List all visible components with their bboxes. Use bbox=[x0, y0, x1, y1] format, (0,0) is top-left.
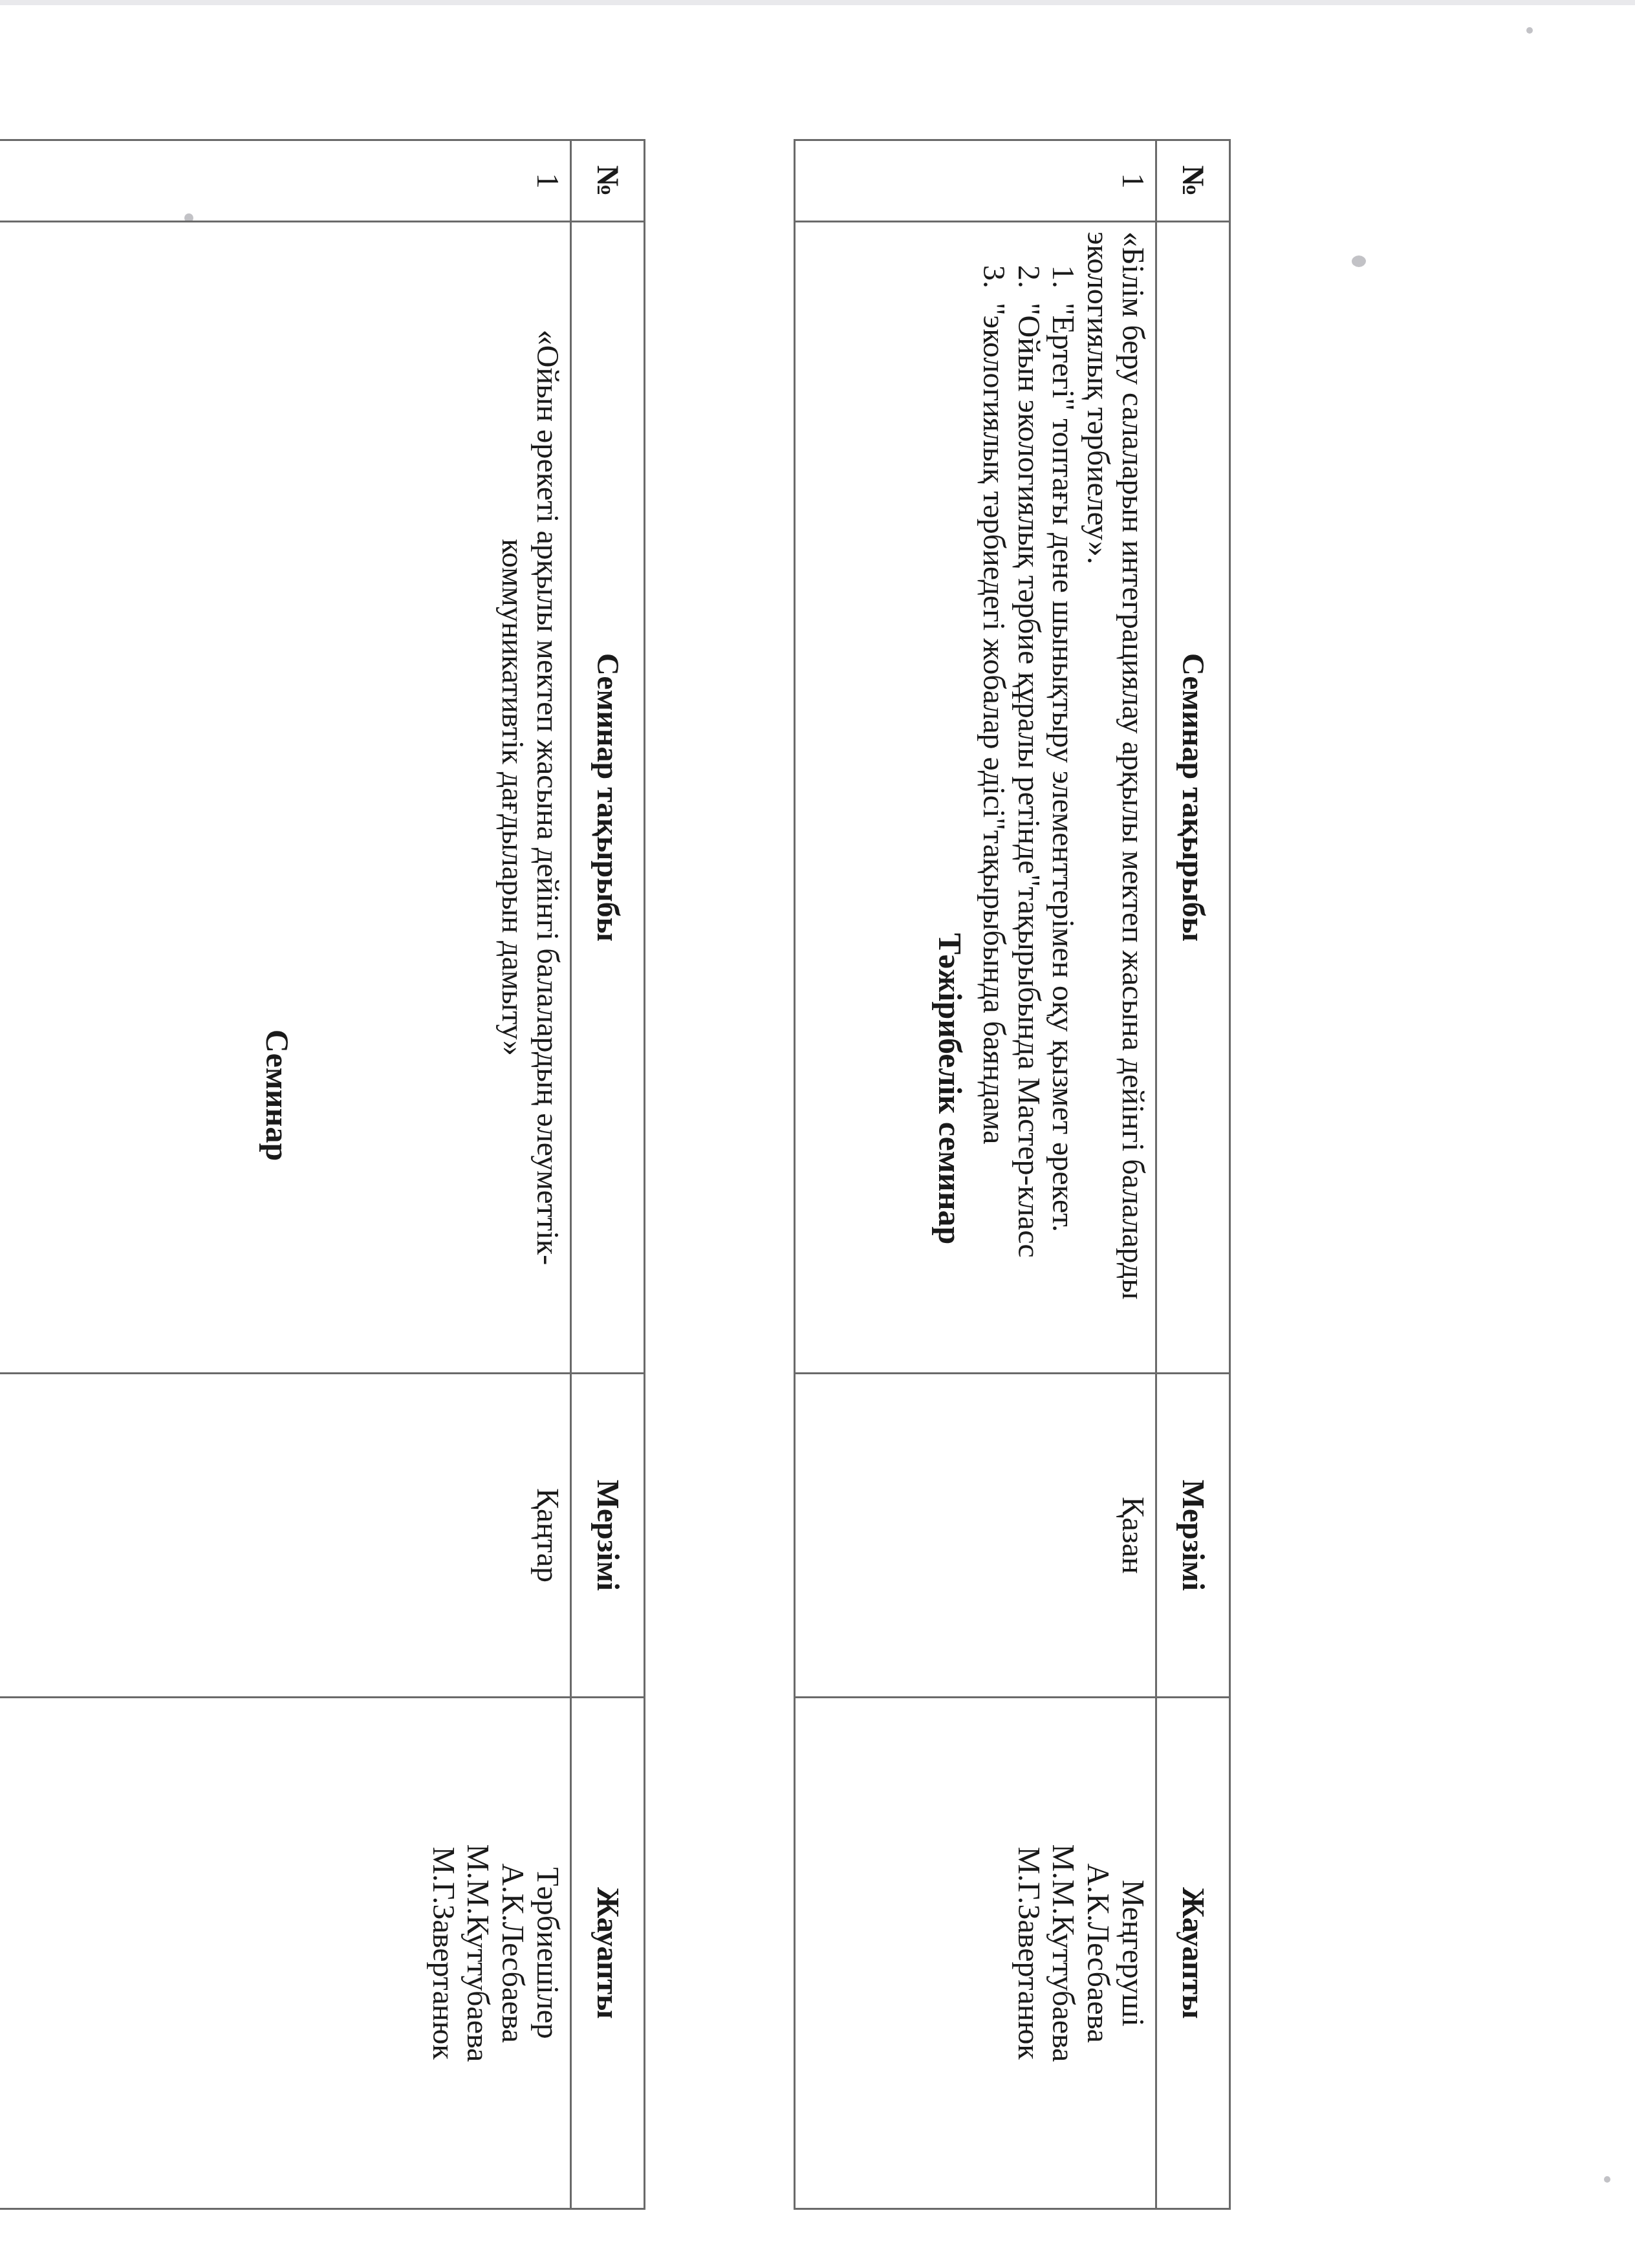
row-topic: «Ойын әрекеті арқылы мектеп жасына дейін… bbox=[0, 222, 571, 1374]
table-header-row: № Семинар тақырыбы Мерзімі Жауапты bbox=[571, 140, 645, 2209]
header-responsible: Жауапты bbox=[571, 1698, 645, 2209]
table-row: 1 «Білім беру салаларын интеграциялау ар… bbox=[795, 140, 1156, 2209]
table-header-row: № Семинар тақырыбы Мерзімі Жауапты bbox=[1156, 140, 1230, 2209]
header-term: Мерзімі bbox=[571, 1374, 645, 1698]
header-term: Мерзімі bbox=[1156, 1374, 1230, 1698]
row-responsible: Тәрбиешілер А.К.Лесбаева М.М.Куттубаева … bbox=[0, 1698, 571, 2209]
topic-main: «Білім беру салаларын интеграциялау арқы… bbox=[1081, 232, 1151, 1363]
topic-items: "Ертегі" топтағы дене шынықтыру элементт… bbox=[976, 232, 1080, 1363]
header-number: № bbox=[1156, 140, 1230, 222]
table-row: 1 «Ойын әрекеті арқылы мектеп жасына дей… bbox=[0, 140, 571, 2209]
row-number: 1 bbox=[0, 140, 571, 222]
responsible-person: М.Г.Завертанюк bbox=[426, 1707, 460, 2199]
practical-seminar-title: Тәжірибелік семинар bbox=[931, 0, 969, 2223]
header-topic: Семинар тақырыбы bbox=[1156, 222, 1230, 1374]
responsible-person: М.Г.Завертанюк bbox=[1011, 1707, 1046, 2199]
responsible-person: А.К.Лесбаева bbox=[1081, 1707, 1116, 2199]
topic-item: "Ойын экологиялық тәрбие құралы ретінде"… bbox=[1011, 296, 1046, 1363]
header-responsible: Жауапты bbox=[1156, 1698, 1230, 2209]
practical-seminar-table: № Семинар тақырыбы Мерзімі Жауапты 1 «Ой… bbox=[0, 139, 645, 2210]
responsible-person: Меңгеруші bbox=[1115, 1707, 1150, 2199]
header-number: № bbox=[571, 140, 645, 222]
topic-item: "экологиялық тәрбиедегі жобалар әдісі"та… bbox=[976, 296, 1011, 1363]
topic-item: "Ертегі" топтағы дене шынықтыру элементт… bbox=[1046, 296, 1081, 1363]
responsible-person: М.М.Куттубаева bbox=[460, 1707, 495, 2199]
document-page: Семинар № Семинар тақырыбы Мерзімі Жауап… bbox=[0, 0, 1635, 2268]
row-responsible: Меңгеруші А.К.Лесбаева М.М.Куттубаева М.… bbox=[795, 1698, 1156, 2209]
row-term: Қаңтар bbox=[0, 1374, 571, 1698]
row-term: Қазан bbox=[795, 1374, 1156, 1698]
header-topic: Семинар тақырыбы bbox=[571, 222, 645, 1374]
responsible-person: М.М.Куттубаева bbox=[1046, 1707, 1081, 2199]
responsible-person: Тәрбиешілер bbox=[530, 1707, 565, 2199]
seminar-table: № Семинар тақырыбы Мерзімі Жауапты 1 «Бі… bbox=[794, 139, 1231, 2210]
row-number: 1 bbox=[795, 140, 1156, 222]
responsible-person: А.К.Лесбаева bbox=[495, 1707, 530, 2199]
row-topic: «Білім беру салаларын интеграциялау арқы… bbox=[795, 222, 1156, 1374]
